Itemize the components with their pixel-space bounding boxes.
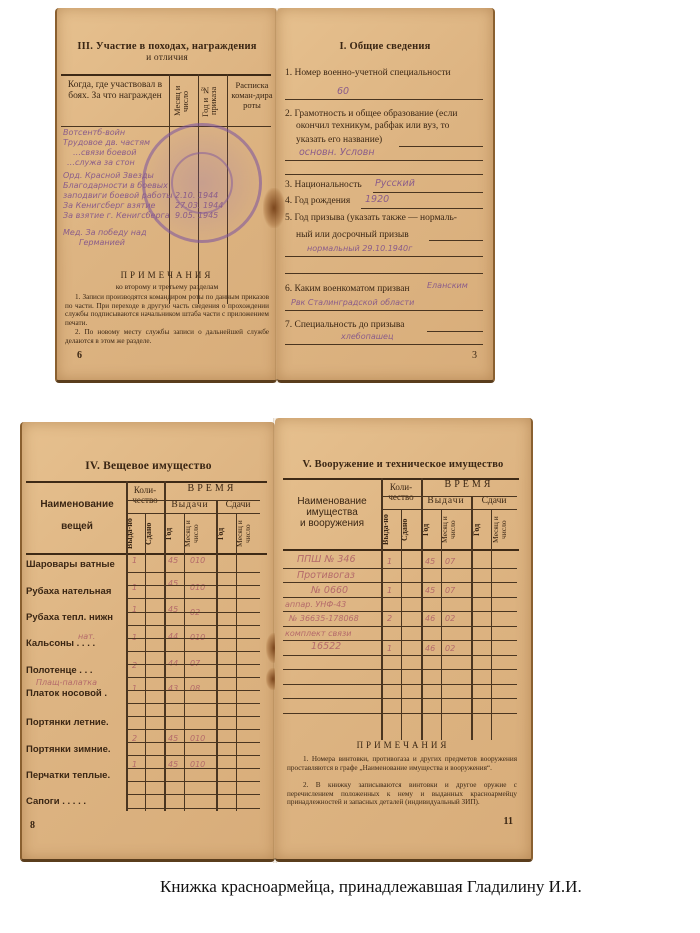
header-issue-date: Месяц и число [441, 511, 469, 549]
field-underline [285, 160, 483, 161]
weapon-item: Противогаз [297, 570, 355, 581]
page-number: 8 [30, 820, 35, 831]
weapon-item: № 36635-178068 [289, 614, 359, 623]
issue-date: 010 [190, 556, 205, 565]
field-label: Год рождения [295, 196, 351, 206]
award-entry: заподвиги боевой работы [63, 191, 173, 200]
row-line [128, 598, 260, 599]
column-line [401, 509, 402, 740]
note-1: 1. Номера винтовки, противогаза и других… [287, 755, 517, 772]
table-row-item: Сапоги . . . . . [26, 796, 86, 807]
field-underline [285, 174, 483, 175]
field-underline [285, 310, 483, 311]
header-order: Год и № приказа [201, 78, 225, 124]
header-issued: Выда-но [382, 511, 400, 549]
field-6-value-line2: Рвк Сталинградской области [291, 298, 414, 307]
divider [61, 74, 271, 76]
row-line [128, 690, 260, 691]
header-returned: Сдано [145, 515, 163, 553]
issue-date: 02 [445, 644, 455, 653]
field-underline [285, 256, 483, 257]
header-issue-year: Год [165, 515, 183, 553]
field-underline [285, 344, 483, 345]
award-entry: Вотсентб-войн [63, 128, 125, 137]
header-item-name-2: имущества [283, 507, 381, 518]
column-line [421, 478, 423, 740]
header-signature: Расписка коман-дира роты [229, 80, 275, 110]
header-item-name: Наименование [28, 500, 126, 510]
column-line [145, 513, 146, 811]
qty-issued: 1 [132, 556, 137, 565]
booklet-spread-top: III. Участие в походах, награждения и от… [55, 8, 495, 383]
field-number: 5. [285, 213, 292, 223]
header-return-date: Месяц и число [492, 511, 516, 549]
weapon-item: аппар. УНФ-43 [285, 600, 346, 609]
column-line [126, 481, 128, 811]
issue-year: 45 [168, 556, 178, 565]
field-5-label-line1: 5. Год призыва (указать также — нормаль- [285, 213, 457, 223]
qty-issued: 1 [387, 644, 392, 653]
issue-year: 43 [168, 684, 178, 693]
row-line [128, 572, 260, 573]
header-quantity: Коли-чество [381, 482, 421, 502]
row-line [128, 677, 260, 678]
award-entry: Орд. Красной Звезды [63, 171, 154, 180]
field-number: 1. [285, 68, 292, 78]
issue-year: 45 [425, 557, 435, 566]
row-line [283, 669, 517, 670]
row-line [283, 597, 517, 598]
header-line [126, 500, 260, 501]
header-line [421, 509, 517, 510]
qty-issued: 1 [132, 684, 137, 693]
table-row-item: Рубаха нательная [26, 586, 111, 597]
column-line [381, 478, 383, 740]
row-line [283, 626, 517, 627]
row-line [283, 611, 517, 612]
field-label: Национальность [295, 180, 362, 190]
header-quantity: Коли-чество [126, 485, 164, 505]
weapon-item: 16522 [311, 641, 341, 652]
qty-issued: 1 [387, 557, 392, 566]
header-return-year: Год [473, 511, 491, 549]
section-title-weapons: V. Вооружение и техническое имущество [275, 459, 531, 470]
row-line [283, 582, 517, 583]
row-line [283, 698, 517, 699]
award-entry: …связи боевой [73, 148, 136, 157]
column-line [471, 496, 473, 740]
note-2: 2. В книжку записываются винтовки и друг… [287, 781, 517, 807]
qty-issued: 2 [132, 661, 137, 670]
field-5-value: нормальный 29.10.1940г [307, 244, 412, 253]
weapon-item: ППШ № 346 [297, 554, 356, 565]
field-4-label: 4. Год рождения [285, 196, 350, 206]
award-date: 9.05. 1945 [175, 211, 218, 220]
section-title-awards: III. Участие в походах, награждения [57, 41, 277, 52]
header-return-year: Год [217, 515, 235, 553]
field-underline [429, 240, 483, 241]
field-2-label-line1: 2. Грамотность и общее образование (если [285, 109, 457, 119]
field-6-value: Еланским [427, 281, 468, 290]
header-month-day: Месяц и число [173, 78, 197, 124]
notes-title: ПРИМЕЧАНИЯ [57, 270, 277, 280]
column-line [216, 500, 218, 811]
issue-year: 45 [168, 579, 178, 588]
table-row-item: Платок носовой . [26, 688, 107, 699]
award-entry: …служа за стон [67, 158, 135, 167]
page-6-awards: III. Участие в походах, награждения и от… [55, 8, 277, 383]
row-line [283, 568, 517, 569]
note-1: 1. Записи производятся командиром роты п… [65, 293, 269, 327]
header-return-date: Месяц и число [236, 515, 260, 553]
row-line [283, 684, 517, 685]
field-3-value: Русский [375, 178, 415, 189]
header-item-name-3: и вооружения [283, 518, 381, 529]
row-line [128, 768, 260, 769]
item-annotation: Плащ-палатка [36, 678, 97, 687]
page-8-clothing: IV. Вещевое имущество Наименование вещей… [20, 422, 275, 862]
field-underline [427, 331, 483, 332]
row-line [128, 794, 260, 795]
table-row-item: Рубаха тепл. нижн [26, 612, 113, 623]
table-row-item: Полотенце . . . [26, 665, 93, 676]
row-line [128, 742, 260, 743]
field-label: Каким военкоматом призван [295, 284, 410, 294]
award-entry: Трудовое дв. частям [63, 138, 150, 147]
field-7-value: хлебопашец [341, 332, 393, 341]
header-bottom-line [61, 126, 271, 127]
header-time: ВРЕМЯ [421, 480, 517, 490]
field-label: Номер военно-учетной специальности [295, 68, 451, 78]
row-line [128, 755, 260, 756]
header-line [381, 496, 517, 497]
header-issue-date: Месяц и число [184, 515, 214, 553]
header-returned: Сдано [401, 511, 419, 549]
header-time: ВРЕМЯ [164, 484, 260, 494]
row-line [128, 703, 260, 704]
award-entry: Благодарности в боевых [63, 181, 168, 190]
issue-year: 45 [425, 586, 435, 595]
header-issue: Выдачи [421, 496, 471, 506]
field-5-label-line2: ный или досрочный призыв [296, 230, 409, 240]
header-item-name-2: вещей [28, 522, 126, 532]
field-underline [285, 99, 483, 100]
field-1-label: 1. Номер военно-учетной специальности [285, 68, 451, 78]
header-return: Сдачи [471, 496, 517, 506]
field-label: Специальность до призыва [295, 320, 405, 330]
page-11-weapons: V. Вооружение и техническое имущество На… [275, 418, 533, 862]
field-label: Грамотность и общее образование (если [295, 109, 458, 119]
page-number: 6 [77, 350, 82, 361]
row-line [128, 638, 260, 639]
field-6-label: 6. Каким военкоматом призван [285, 284, 410, 294]
qty-issued: 2 [387, 614, 392, 623]
section-title-general: I. Общие сведения [277, 41, 493, 52]
row-line [128, 729, 260, 730]
field-number: 2. [285, 109, 292, 119]
header-issue: Выдачи [164, 500, 216, 510]
field-2-label-line3: указать его название) [296, 135, 382, 145]
column-line [491, 509, 492, 740]
section-title-clothing: IV. Вещевое имущество [22, 460, 275, 472]
row-line [283, 655, 517, 656]
row-line [128, 651, 260, 652]
field-underline [399, 146, 483, 147]
column-line [184, 513, 185, 811]
field-underline [361, 208, 483, 209]
row-line [128, 716, 260, 717]
field-number: 3. [285, 180, 292, 190]
field-1-value: 60 [337, 86, 349, 97]
field-2-label-line2: окончил техникум, рабфак или вуз, то [296, 121, 449, 131]
column-line [441, 509, 442, 740]
field-4-value: 1920 [365, 194, 389, 205]
header-issue-year: Год [422, 511, 440, 549]
weapon-item: комплект связи [285, 629, 351, 638]
table-row-item: Портянки летние. [26, 717, 109, 728]
header-return: Сдачи [216, 500, 260, 510]
field-number: 4. [285, 196, 292, 206]
table-row-item: Перчатки теплые. [26, 770, 110, 781]
page-number: 3 [472, 350, 477, 361]
row-line [128, 612, 260, 613]
section-subtitle-awards: и отличия [57, 53, 277, 63]
header-item-name: Наименование [283, 496, 381, 507]
page-number: 11 [504, 816, 513, 827]
field-7-label: 7. Специальность до призыва [285, 320, 404, 330]
issue-date: 02 [445, 614, 455, 623]
weapon-item: № 0660 [311, 585, 348, 596]
issue-year: 44 [168, 632, 178, 641]
issue-year: 46 [425, 614, 435, 623]
award-date: 27.03. 1944 [175, 201, 223, 210]
row-line [283, 713, 517, 714]
field-underline [373, 192, 483, 193]
qty-issued: 1 [387, 586, 392, 595]
rust-stain [263, 188, 285, 228]
notes-subtitle: ко второму и третьему разделам [57, 282, 277, 291]
row-line [128, 585, 260, 586]
field-underline [285, 273, 483, 274]
row-line [283, 640, 517, 641]
note-2: 2. По новому месту службы записи о дальн… [65, 328, 269, 345]
issue-date: 08 [190, 684, 200, 693]
photo-caption: Книжка красноармейца, принадлежавшая Гла… [160, 877, 582, 897]
award-entry: Мед. За победу над [63, 228, 146, 237]
row-line [128, 781, 260, 782]
header-bottom-rule [26, 553, 267, 555]
column-line [164, 481, 166, 811]
field-label: Год призыва (указать также — нормаль- [295, 213, 457, 223]
table-row-item: Портянки зимние. [26, 744, 111, 755]
header-when-where: Когда, где участвовал в боях. За что наг… [61, 80, 169, 102]
page-3-general-info: I. Общие сведения 1. Номер военно-учетно… [277, 8, 495, 383]
award-entry: За Кенигсберг взятие [63, 201, 155, 210]
row-line [128, 664, 260, 665]
row-line [128, 625, 260, 626]
field-number: 7. [285, 320, 292, 330]
booklet-spread-bottom: IV. Вещевое имущество Наименование вещей… [20, 418, 535, 863]
row-line [128, 808, 260, 809]
item-annotation: нат. [78, 632, 95, 641]
issue-year: 46 [425, 644, 435, 653]
award-entry: Германией [79, 238, 125, 247]
field-3-label: 3. Национальность [285, 180, 362, 190]
issue-date: 07 [445, 557, 455, 566]
header-issued: Выда-но [126, 515, 144, 553]
award-entry: За взятие г. Кенигсберга [63, 211, 170, 220]
column-line [236, 513, 237, 811]
field-2-value: основн. Условн [299, 147, 375, 158]
issue-date: 07 [445, 586, 455, 595]
field-number: 6. [285, 284, 292, 294]
notes-title: ПРИМЕЧАНИЯ [275, 740, 531, 750]
award-date: 2.10. 1944 [175, 191, 218, 200]
header-line [164, 513, 260, 514]
table-row-item: Шаровары ватные [26, 559, 115, 570]
